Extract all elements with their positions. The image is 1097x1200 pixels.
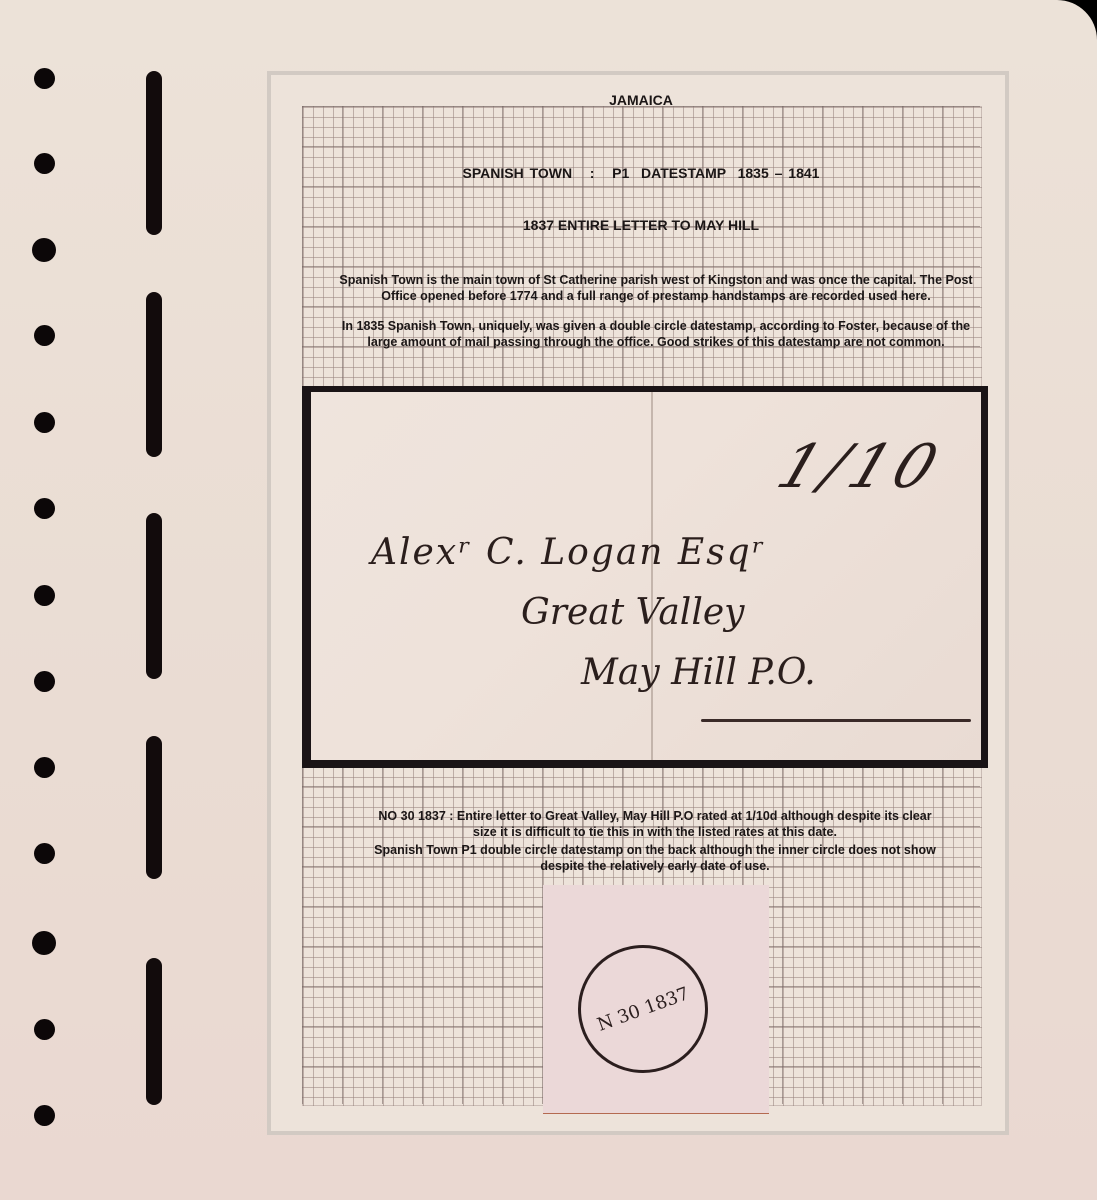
binder-hole <box>34 325 55 346</box>
binder-hole <box>34 498 55 519</box>
binder-slot <box>146 513 162 679</box>
section-heading: 1837 ENTIRE LETTER TO MAY HILL <box>302 217 980 233</box>
address-underline <box>701 719 971 722</box>
letter-caption: NO 30 1837 : Entire letter to Great Vall… <box>370 808 940 840</box>
letter-fold <box>651 392 653 760</box>
page-title: JAMAICA <box>302 92 980 108</box>
binder-slot <box>146 736 162 879</box>
binder-hole <box>34 68 55 89</box>
entire-letter-image: 1/10 Alexʳ C. Logan Esqʳ Great Valley Ma… <box>311 392 981 760</box>
binder-slot <box>146 71 162 235</box>
address-line-2: Great Valley <box>521 592 744 633</box>
address-line-3: May Hill P.O. <box>581 652 816 693</box>
binder-hole <box>34 1019 55 1040</box>
datestamp-caption: Spanish Town P1 double circle datestamp … <box>370 842 940 874</box>
double-circle-datestamp: N 30 1837 <box>578 945 708 1073</box>
binder-hole <box>34 843 55 864</box>
binder-slot <box>146 958 162 1105</box>
datestamp-date: N 30 1837 <box>564 930 722 1087</box>
address-line-1: Alexʳ C. Logan Esqʳ <box>371 532 766 573</box>
binder-slot <box>146 292 162 457</box>
binder-hole <box>34 585 55 606</box>
album-page: JAMAICA SPANISH TOWN : P1 DATESTAMP 1835… <box>0 0 1097 1200</box>
binder-hole <box>34 671 55 692</box>
datestamp-paragraph: In 1835 Spanish Town, uniquely, was give… <box>330 318 982 350</box>
binder-hole <box>32 238 56 262</box>
datestamp-image: N 30 1837 <box>543 885 769 1114</box>
intro-paragraph: Spanish Town is the main town of St Cath… <box>330 272 982 304</box>
binder-hole <box>34 153 55 174</box>
binder-hole <box>32 931 56 955</box>
binder-hole <box>34 412 55 433</box>
postage-rate-manuscript: 1/10 <box>768 432 952 502</box>
binder-hole <box>34 757 55 778</box>
page-subtitle: SPANISH TOWN : P1 DATESTAMP 1835 – 1841 <box>302 165 980 181</box>
binder-hole <box>34 1105 55 1126</box>
